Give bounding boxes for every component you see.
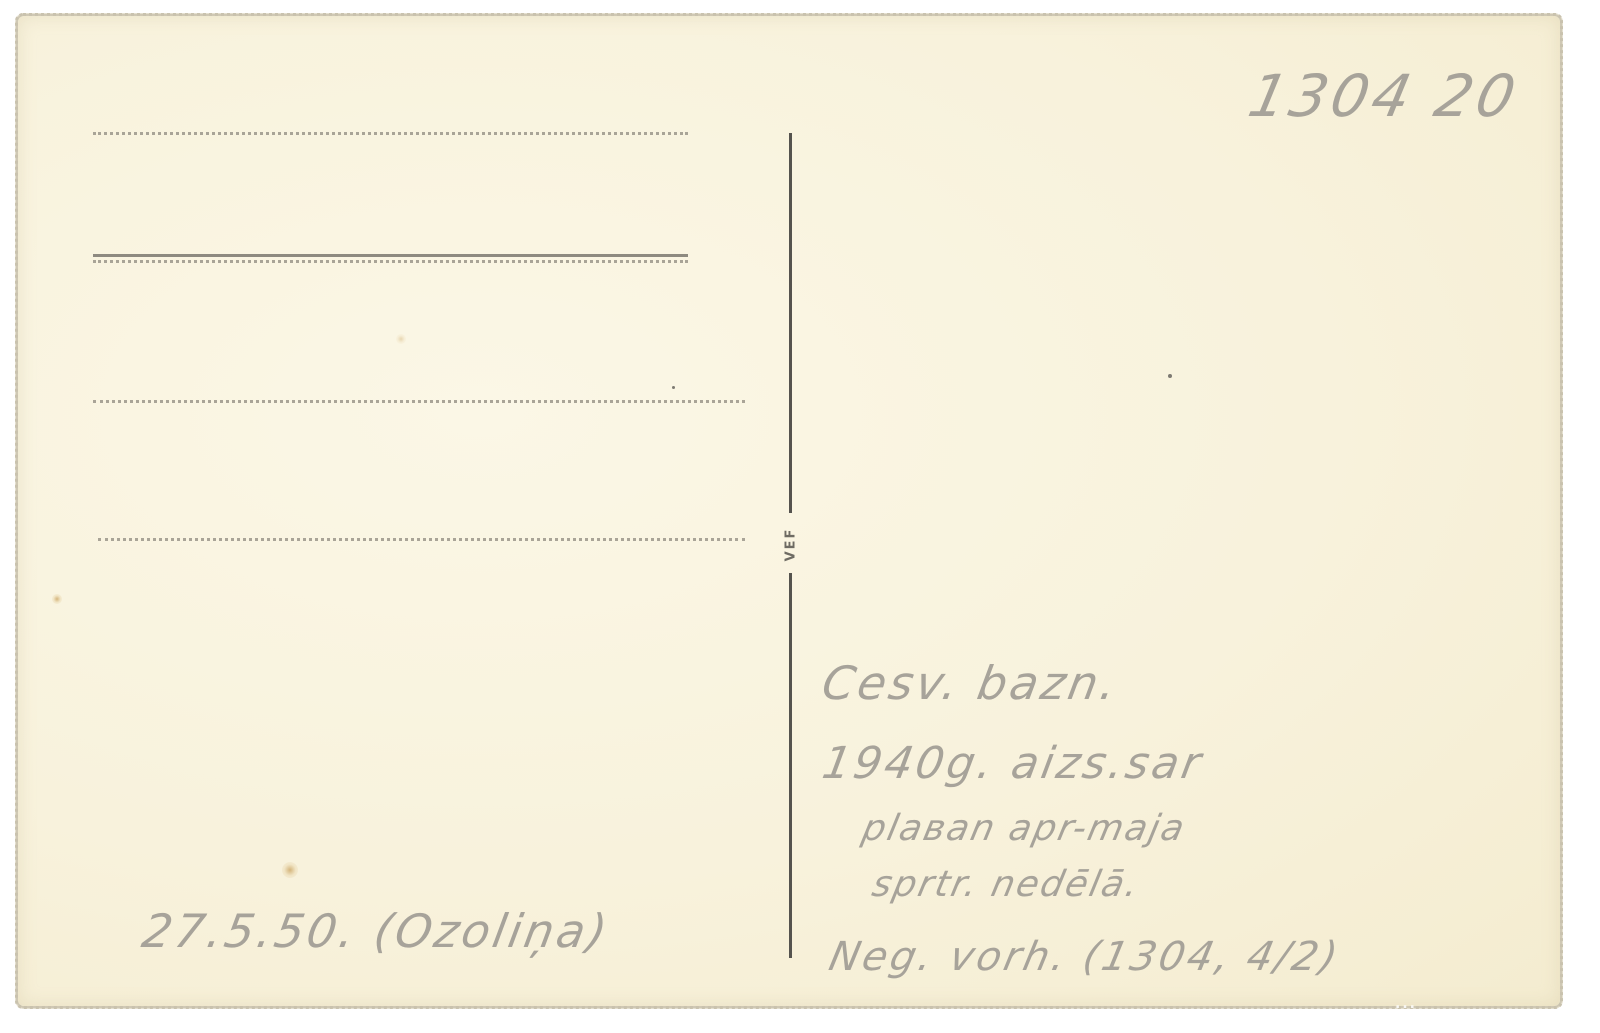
catalog-number: 1304 20 xyxy=(1243,62,1525,130)
note-line: plaвan apr-maja xyxy=(859,808,1190,849)
note-line: 1940g. aizs.sar xyxy=(819,738,1208,789)
publisher-mark: VEF xyxy=(775,521,807,567)
address-line-1 xyxy=(93,132,688,135)
stain-spot xyxy=(282,862,298,878)
address-line-4 xyxy=(98,538,745,541)
note-line: sprtr. nedēlā. xyxy=(869,864,1144,905)
center-divider-bottom xyxy=(789,573,792,958)
speck xyxy=(672,386,675,389)
center-divider-top xyxy=(789,133,792,513)
note-line: Cesv. bazn. xyxy=(818,656,1123,710)
publisher-mark-text: VEF xyxy=(784,527,799,561)
address-line-3 xyxy=(93,400,745,403)
speck xyxy=(1168,374,1172,378)
stain-spot xyxy=(52,594,62,604)
date-note: 27.5.50. (Ozoliņa) xyxy=(138,904,614,958)
address-line-2 xyxy=(93,260,688,263)
postcard-back: VEF 1304 20 Cesv. bazn. 1940g. aizs.sar … xyxy=(18,16,1560,1006)
stain-spot xyxy=(396,334,406,344)
watermark: ... xyxy=(1395,996,1417,1012)
note-line: Neg. vorh. (1304, 4/2) xyxy=(825,934,1344,980)
